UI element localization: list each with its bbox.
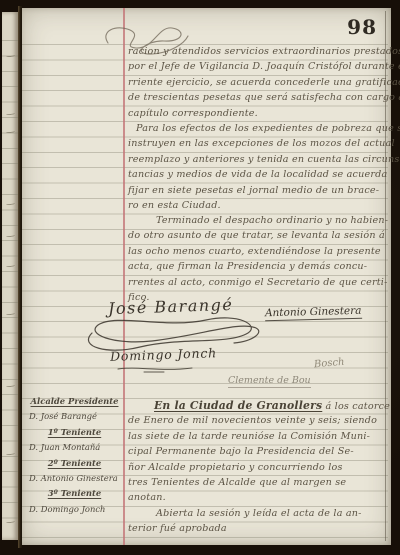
margin-attendee-name: D. Antonio Ginestera [27,471,122,486]
session-date-start: á los catorce [322,401,390,412]
handwritten-text-line: Para los efectos de los expedientes de p… [128,121,386,136]
handwritten-text-line: Abierta la sesión y leída el acta de la … [128,506,386,521]
paragraph-new-session: En la Ciudad de Granollers á los catorce… [128,398,386,506]
handwritten-text-line: de trescientas pesetas que será satisfec… [128,90,386,105]
handwritten-text-line: ñor Alcalde propietario y concurriendo l… [128,460,386,475]
paragraph-closing: Terminado el despacho ordinario y no hab… [128,213,386,305]
handwritten-text-line: rriente ejercicio, se acuerda concederle… [128,75,386,90]
session-body: de Enero de mil novecientos veinte y sei… [128,413,386,505]
handwritten-text-line: reemplazo y anteriores y tenida en cuent… [128,152,386,167]
session-place-heading: En la Ciudad de Granollers [154,399,322,412]
session-opening-line: En la Ciudad de Granollers á los catorce [128,398,386,413]
handwritten-text-line: tancias y medios de vida de la localidad… [128,167,386,182]
red-margin-rule [123,8,125,545]
manuscript-page: 98 racion y atendidos servicios extraord… [22,8,391,545]
page-number: 98 [347,15,377,39]
signature-underline-flourish [116,365,194,373]
handwritten-text-line: las ocho menos cuarto, extendiéndose la … [128,244,386,259]
handwritten-text-line: do otro asunto de que tratar, se levanta… [128,228,386,243]
handwritten-text-line: acta, que firman la Presidencia y demás … [128,259,386,274]
handwritten-text-line: instruyen en las excepciones de los mozo… [128,136,386,151]
handwritten-text-line: fijar en siete pesetas el jornal medio d… [128,183,386,198]
handwritten-text-line: racion y atendidos servicios extraordina… [128,44,386,59]
handwritten-text-line: por el Jefe de Vigilancia D. Joaquín Cri… [128,59,386,74]
paragraph-jornal: Para los efectos de los expedientes de p… [128,121,386,213]
margin-attendee-header: 1º Teniente [27,425,122,440]
margin-attendee-header: 2º Teniente [27,456,122,471]
handwritten-text-line: cipal Permanente bajo la Presidencia del… [128,444,386,459]
handwritten-text-line: rrentes al acto, conmigo el Secretario d… [128,275,386,290]
margin-attendee-name: D. Domingo Jonch [27,502,122,517]
handwritten-text-line: Terminado el despacho ordinario y no hab… [128,213,386,228]
handwritten-text-line: las siete de la tarde reunióse la Comisi… [128,429,386,444]
handwritten-text-line: ro en esta Ciudad. [128,198,386,213]
previous-page-edge [2,12,18,540]
margin-attendee-list: Alcalde PresidenteD. José Barangé1º Teni… [27,394,122,517]
margin-attendee-name: D. Juan Montañá [27,440,122,455]
margin-attendee-header: 3º Teniente [27,486,122,501]
scanned-manuscript-photo: 98 racion y atendidos servicios extraord… [0,0,400,555]
signature-faint-de-bou: Clemente de Bou [228,375,311,388]
paragraph-approval: Abierta la sesión y leída el acta de la … [128,506,386,537]
handwritten-text-line: de Enero de mil novecientos veinte y sei… [128,413,386,428]
handwritten-text-line: tres Tenientes de Alcalde que al margen … [128,475,386,490]
handwritten-text-line: anotan. [128,490,386,505]
handwritten-text-line: capítulo correspondiente. [128,106,386,121]
paragraph-gratification: racion y atendidos servicios extraordina… [128,44,386,121]
signature-teniente: Antonio Ginestera [265,305,362,322]
margin-attendee-name: D. José Barangé [27,409,122,424]
margin-attendee-header: Alcalde Presidente [27,394,122,409]
handwritten-text-line: terior fué aprobada [128,521,386,536]
